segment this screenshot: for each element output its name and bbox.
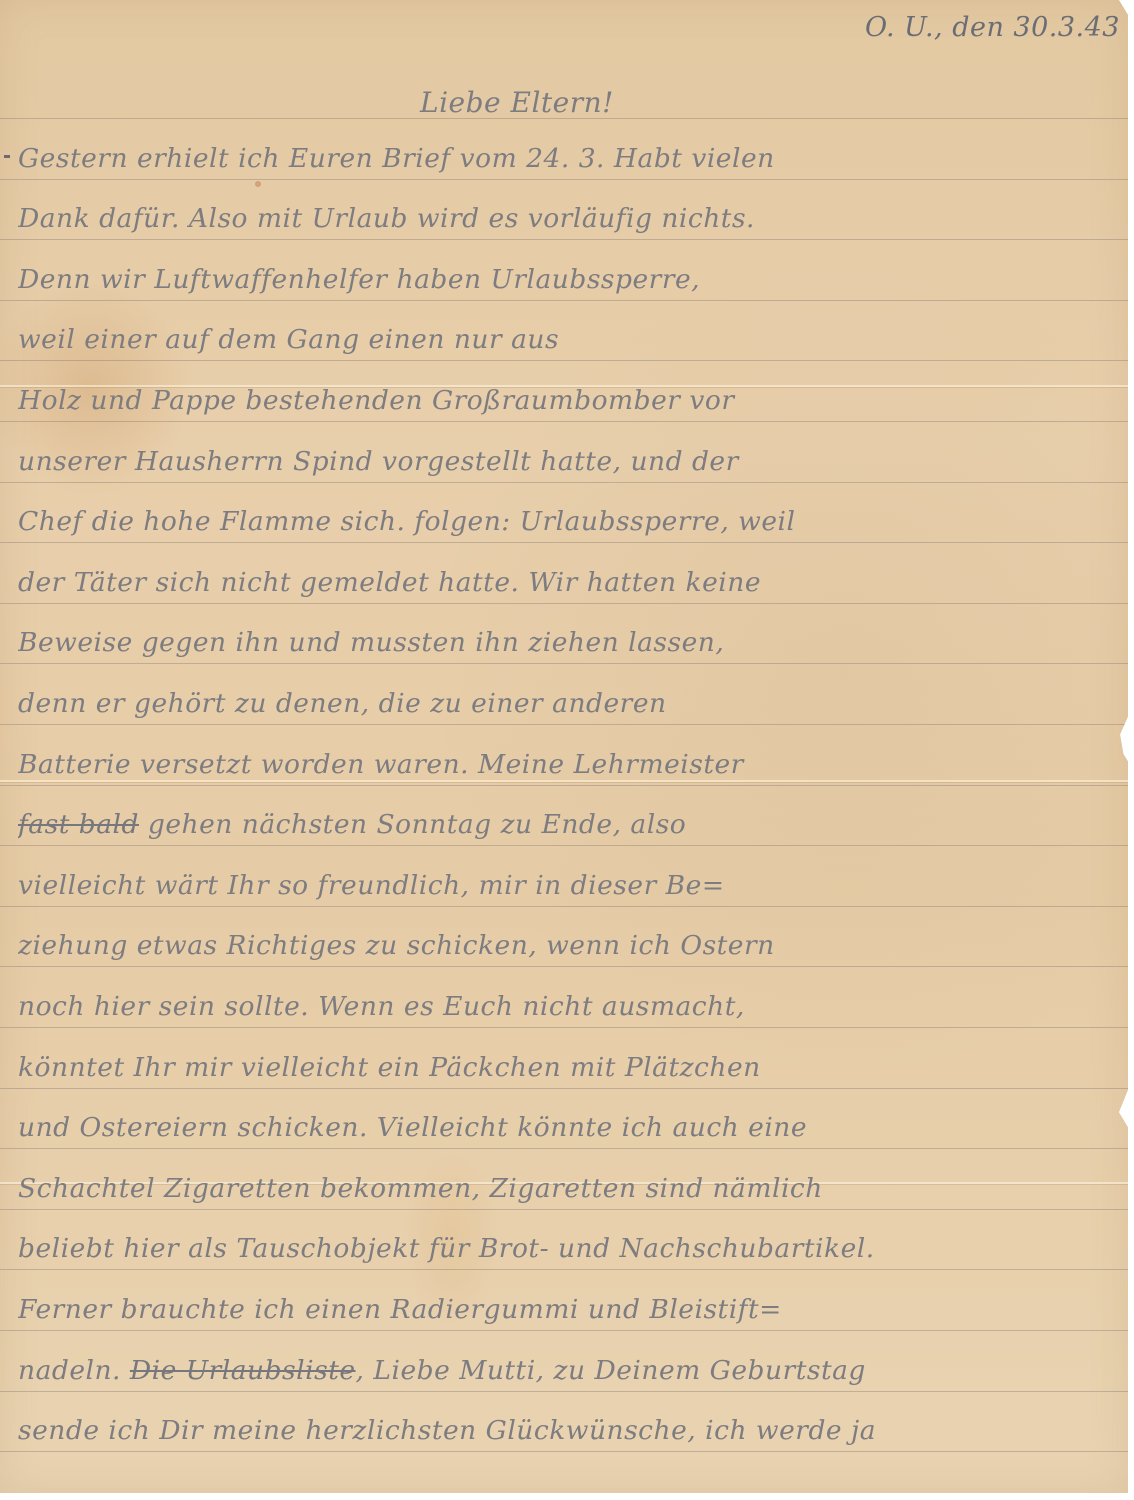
- ruled-line: [0, 603, 1128, 604]
- letter-line: Holz und Pappe bestehenden Großraumbombe…: [18, 385, 1108, 416]
- letter-dateline: O. U., den 30.3.43: [865, 12, 1120, 43]
- letter-line: Beweise gegen ihn und mussten ihn ziehen…: [18, 627, 1108, 658]
- paper-fold: [0, 780, 1128, 782]
- margin-mark: [4, 155, 10, 158]
- ruled-line: [0, 845, 1128, 846]
- letter-line: vielleicht wärt Ihr so freundlich, mir i…: [18, 870, 1108, 901]
- letter-line: weil einer auf dem Gang einen nur aus: [18, 324, 1108, 355]
- ruled-line: [0, 1209, 1128, 1210]
- ruled-line: [0, 1451, 1128, 1452]
- letter-page: O. U., den 30.3.43 Liebe Eltern! Gestern…: [0, 0, 1128, 1493]
- ruled-line: [0, 663, 1128, 664]
- letter-line: Schachtel Zigaretten bekommen, Zigarette…: [18, 1173, 1108, 1204]
- letter-line: und Ostereiern schicken. Vielleicht könn…: [18, 1112, 1108, 1143]
- ruled-line: [0, 179, 1128, 180]
- letter-line: sende ich Dir meine herzlichsten Glückwü…: [18, 1415, 1108, 1446]
- ruled-line: [0, 1088, 1128, 1089]
- ruled-line: [0, 785, 1128, 786]
- letter-line: Chef die hohe Flamme sich. folgen: Urlau…: [18, 506, 1108, 537]
- letter-line: Gestern erhielt ich Euren Brief vom 24. …: [18, 143, 1108, 174]
- letter-line: beliebt hier als Tauschobjekt für Brot- …: [18, 1233, 1108, 1264]
- ruled-line: [0, 421, 1128, 422]
- paper-stain: [255, 181, 261, 187]
- ruled-line: [0, 1391, 1128, 1392]
- struck-out-text: fast bald: [18, 809, 139, 840]
- letter-line: fast bald gehen nächsten Sonntag zu Ende…: [18, 809, 1108, 840]
- ruled-line: [0, 1148, 1128, 1149]
- letter-line: noch hier sein sollte. Wenn es Euch nich…: [18, 991, 1108, 1022]
- letter-line: ziehung etwas Richtiges zu schicken, wen…: [18, 930, 1108, 961]
- letter-line: der Täter sich nicht gemeldet hatte. Wir…: [18, 567, 1108, 598]
- letter-line: könntet Ihr mir vielleicht ein Päckchen …: [18, 1052, 1108, 1083]
- letter-line: Denn wir Luftwaffenhelfer haben Urlaubss…: [18, 264, 1108, 295]
- ruled-line: [0, 360, 1128, 361]
- letter-line: Ferner brauchte ich einen Radiergummi un…: [18, 1294, 1108, 1325]
- letter-line: unserer Hausherrn Spind vorgestellt hatt…: [18, 446, 1108, 477]
- struck-out-text: Die Urlaubsliste: [130, 1355, 356, 1386]
- ruled-line: [0, 542, 1128, 543]
- ruled-line: [0, 239, 1128, 240]
- ruled-line: [0, 300, 1128, 301]
- letter-salutation: Liebe Eltern!: [420, 86, 614, 119]
- letter-line: nadeln. Die Urlaubsliste, Liebe Mutti, z…: [18, 1355, 1108, 1386]
- letter-line: Batterie versetzt worden waren. Meine Le…: [18, 749, 1108, 780]
- ruled-line: [0, 1330, 1128, 1331]
- letter-line: denn er gehört zu denen, die zu einer an…: [18, 688, 1108, 719]
- letter-line: Dank dafür. Also mit Urlaub wird es vorl…: [18, 203, 1108, 234]
- ruled-line: [0, 1269, 1128, 1270]
- ruled-line: [0, 1027, 1128, 1028]
- ruled-line: [0, 482, 1128, 483]
- ruled-line: [0, 724, 1128, 725]
- ruled-line: [0, 906, 1128, 907]
- ruled-line: [0, 966, 1128, 967]
